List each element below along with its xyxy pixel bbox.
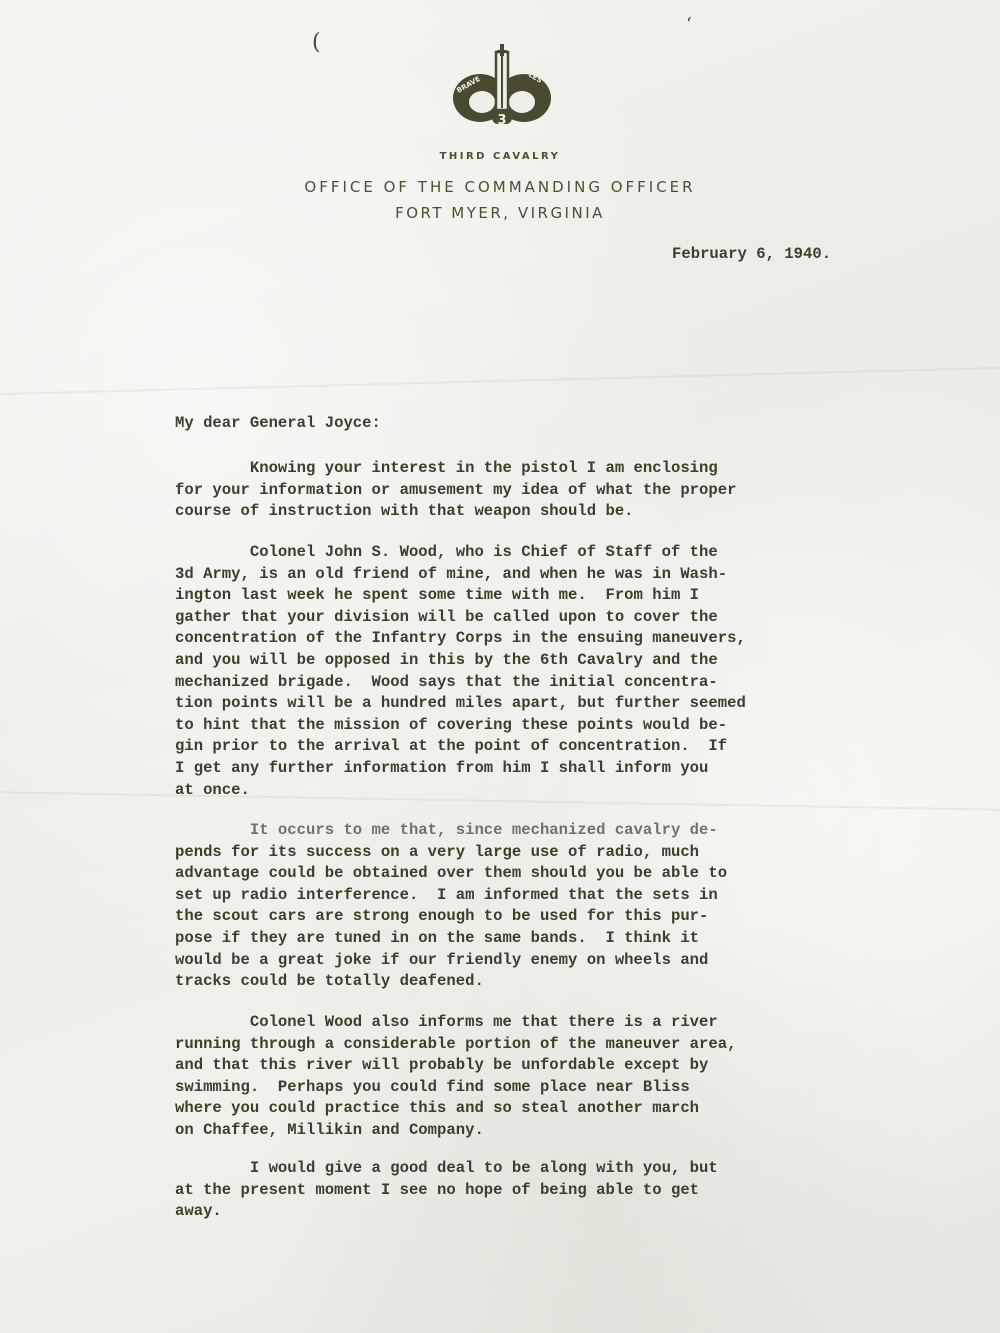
text-line: Colonel John S. Wood, who is Chief of St… xyxy=(175,542,746,564)
text-line: tracks could be totally deafened. xyxy=(175,971,727,993)
text-line: at once. xyxy=(175,780,746,802)
text-line: at the present moment I see no hope of b… xyxy=(175,1180,718,1202)
letter-date: February 6, 1940. xyxy=(672,244,831,266)
text-line: to hint that the mission of covering the… xyxy=(175,715,746,737)
text-line: the scout cars are strong enough to be u… xyxy=(175,906,727,928)
margin-mark-right: ʻ xyxy=(686,14,692,35)
paragraph-radio: It occurs to me that, since mechanized c… xyxy=(175,820,727,993)
margin-mark-left: ( xyxy=(312,30,321,55)
text-line: pends for its success on a very large us… xyxy=(175,842,727,864)
text-line: pose if they are tuned in on the same ba… xyxy=(175,928,727,950)
paragraph-pistol: Knowing your interest in the pistol I am… xyxy=(175,458,736,523)
salutation: My dear General Joyce: xyxy=(175,413,381,435)
text-line: It occurs to me that, since mechanized c… xyxy=(175,820,727,842)
text-line: for your information or amusement my ide… xyxy=(175,480,736,502)
text-line: away. xyxy=(175,1201,718,1223)
text-line: gather that your division will be called… xyxy=(175,607,746,629)
text-line: I get any further information from him I… xyxy=(175,758,746,780)
svg-text:3: 3 xyxy=(497,113,506,128)
text-line: running through a considerable portion o… xyxy=(175,1034,736,1056)
paragraph-colonel-wood: Colonel John S. Wood, who is Chief of St… xyxy=(175,542,746,801)
text-line: where you could practice this and so ste… xyxy=(175,1098,736,1120)
letterhead-location: FORT MYER, VIRGINIA xyxy=(0,204,1000,222)
text-line: advantage could be obtained over them sh… xyxy=(175,863,727,885)
regimental-crest-icon: 3 BRAVE RIFLES xyxy=(447,40,557,130)
text-line: on Chaffee, Millikin and Company. xyxy=(175,1120,736,1142)
text-line: Knowing your interest in the pistol I am… xyxy=(175,458,736,480)
text-line: gin prior to the arrival at the point of… xyxy=(175,736,746,758)
letterhead-unit: THIRD CAVALRY xyxy=(0,151,1000,162)
paragraph-closing: I would give a good deal to be along wit… xyxy=(175,1158,718,1223)
text-line: would be a great joke if our friendly en… xyxy=(175,950,727,972)
text-line: mechanized brigade. Wood says that the i… xyxy=(175,672,746,694)
paragraph-river: Colonel Wood also informs me that there … xyxy=(175,1012,736,1142)
text-line: I would give a good deal to be along wit… xyxy=(175,1158,718,1180)
letter-paper: ( ʻ 3 BRAVE RIFLES THIRD CAVALRY OFFICE … xyxy=(0,0,1000,1333)
text-line: 3d Army, is an old friend of mine, and w… xyxy=(175,564,746,586)
text-line: Colonel Wood also informs me that there … xyxy=(175,1012,736,1034)
letterhead-office: OFFICE OF THE COMMANDING OFFICER xyxy=(0,178,1000,196)
text-line: and that this river will probably be unf… xyxy=(175,1055,736,1077)
text-line: and you will be opposed in this by the 6… xyxy=(175,650,746,672)
text-line: set up radio interference. I am informed… xyxy=(175,885,727,907)
text-line: course of instruction with that weapon s… xyxy=(175,501,736,523)
paper-crease xyxy=(0,367,1000,395)
text-line: ington last week he spent some time with… xyxy=(175,585,746,607)
text-line: tion points will be a hundred miles apar… xyxy=(175,693,746,715)
text-line: concentration of the Infantry Corps in t… xyxy=(175,628,746,650)
text-line: swimming. Perhaps you could find some pl… xyxy=(175,1077,736,1099)
